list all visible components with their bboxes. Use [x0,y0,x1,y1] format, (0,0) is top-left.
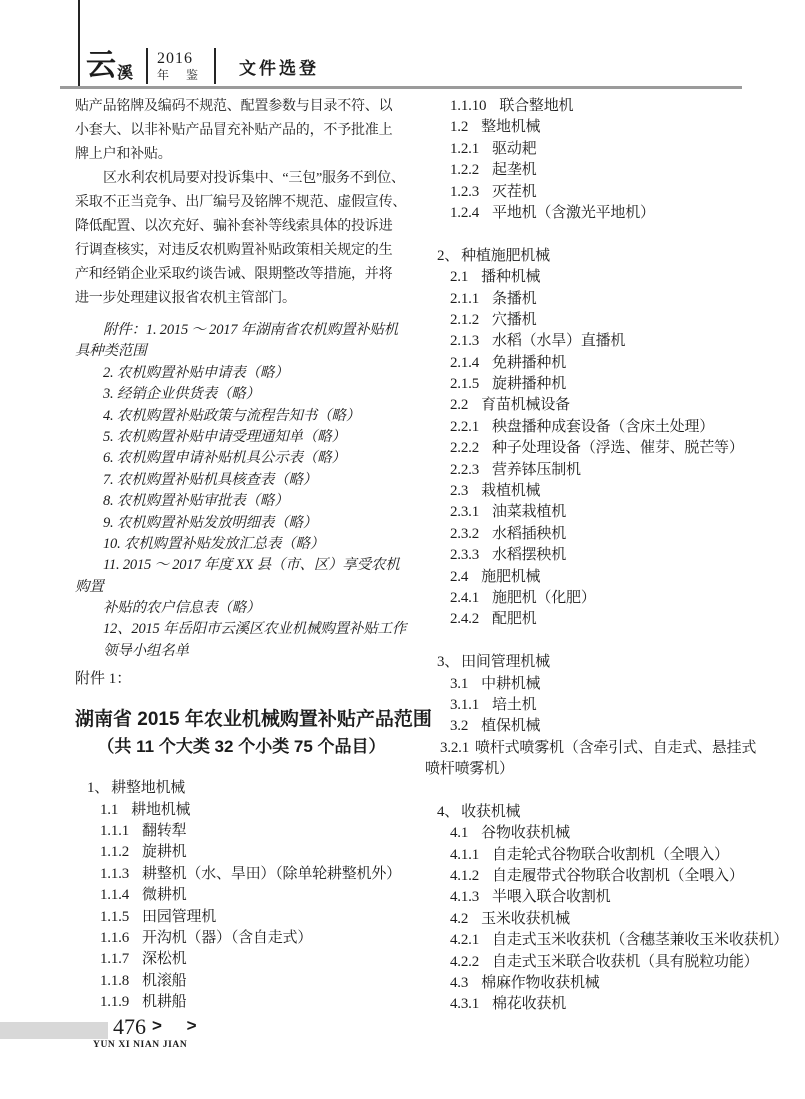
paragraph-line: 区水利农机局要对投诉集中、“三包”服务不到位、 [75,167,408,191]
line-number: 2.1.2 [450,312,479,328]
machinery-line: 1.1.7深松机 [75,949,408,970]
attachment-line: 6. 农机购置申请补贴机具公示表（略） [75,448,408,469]
line-text: 水稻摆秧机 [492,547,566,563]
attachment-line: 8. 农机购置补贴审批表（略） [75,491,408,512]
machinery-line: 2.1播种机械 [425,267,787,288]
blank-line [425,781,787,802]
line-text: 谷物收获机械 [481,825,570,841]
line-text: 12、2015 年岳阳市云溪区农业机械购置补贴工作 [103,621,406,637]
right-column: 1.1.10联合整地机1.2整地机械1.2.1驱动耙1.2.2起垄机1.2.3灭… [425,96,787,1016]
page-number: 476 [113,1014,146,1040]
attachment-line: 附件：1. 2015 ～ 2017 年湖南省农机购置补贴机 [75,320,408,341]
machinery-line: 2.1.1条播机 [425,289,787,310]
yearbook-year: 2016 [157,49,205,68]
machinery-line: 2.2.1秧盘播种成套设备（含床土处理） [425,417,787,438]
line-text: 购置 [75,579,104,595]
machinery-line: 2.2.2种子处理设备（浮选、催芽、脱芒等） [425,438,787,459]
line-text: 3. 经销企业供货表（略） [103,386,260,402]
line-number: 2.4.1 [450,590,479,606]
machinery-line: 1.2.2起垄机 [425,160,787,181]
machinery-line: 2.1.3水稻（水旱）直播机 [425,331,787,352]
machinery-line: 1.1耕地机械 [75,800,408,821]
line-text: 机滚船 [142,973,186,989]
machinery-line: 2.3.3水稻摆秧机 [425,545,787,566]
line-text: 耕整机（水、旱田）（除单轮耕整机外） [142,866,401,882]
line-text: 秧盘播种成套设备（含床土处理） [492,419,714,435]
machinery-line: 2.3.1油菜栽植机 [425,502,787,523]
line-text: 2. 农机购置补贴申请表（略） [103,365,289,381]
machinery-line: 3.2.1喷杆式喷雾机（含牵引式、自走式、悬挂式 [425,738,787,759]
line-number: 3.2 [450,718,468,734]
machinery-line: 1.1.9机耕船 [75,992,408,1013]
appendix-label: 附件 1： [75,669,408,690]
line-number: 1.1 [100,802,118,818]
line-text: 植保机械 [481,718,540,734]
line-text: 田间管理机械 [461,654,550,670]
line-number: 4.2 [450,911,468,927]
machinery-line: 1.2.4平地机（含激光平地机） [425,203,787,224]
line-text: 降低配置、以次充好、骗补套补等线索具体的投诉进 [75,219,392,234]
line-number: 1.2 [450,119,468,135]
line-number: 4.1.1 [450,847,479,863]
line-number: 1.1.4 [100,887,129,903]
line-number: 1.2.4 [450,205,479,221]
line-number: 3.1.1 [450,697,479,713]
machinery-line: 2.1.5旋耕播种机 [425,374,787,395]
machinery-line: 1.1.1翻转犁 [75,821,408,842]
line-number: 1.1.9 [100,994,129,1010]
machinery-line: 2.3.2水稻插秧机 [425,524,787,545]
line-number: 2.2.2 [450,440,479,456]
line-text: 微耕机 [142,887,186,903]
attachment-line: 12、2015 年岳阳市云溪区农业机械购置补贴工作 [75,619,408,640]
line-number: 1.2.2 [450,162,479,178]
page-header: 云 溪 2016 年 鉴 文件选登 [86,46,319,86]
paragraph-line: 采取不正当竞争、出厂编号及铭牌不规范、虚假宣传、 [75,191,408,215]
line-number: 3、 [437,654,459,670]
line-number: 2.3.1 [450,504,479,520]
line-text: 棉麻作物收获机械 [481,975,599,991]
line-number: 3.2.1 [440,740,469,756]
line-text: 配肥机 [492,611,536,627]
machinery-line: 1.1.4微耕机 [75,885,408,906]
line-text: 耕整地机械 [111,780,185,796]
line-number: 1.1.6 [100,930,129,946]
line-text: 栽植机械 [481,483,540,499]
line-text: 喷杆式喷雾机（含牵引式、自走式、悬挂式 [475,740,756,756]
line-text: 营养钵压制机 [492,462,581,478]
line-text: 附件：1. 2015 ～ 2017 年湖南省农机购置补贴机 [103,322,398,338]
line-number: 2.1.4 [450,355,479,371]
line-number: 2.3 [450,483,468,499]
line-text: 旋耕播种机 [492,376,566,392]
line-text: 自走式玉米联合收获机（具有脱粒功能） [492,954,758,970]
line-text: 5. 农机购置补贴申请受理通知单（略） [103,429,346,445]
attachment-line: 9. 农机购置补贴发放明细表（略） [75,513,408,534]
line-text: 喷杆喷雾机） [425,761,514,777]
section-title: 文件选登 [239,54,319,79]
machinery-line: 1.2.1驱动耙 [425,139,787,160]
machinery-line: 1、耕整地机械 [75,778,408,799]
line-text: 区水利农机局要对投诉集中、“三包”服务不到位、 [103,171,405,186]
attachment-list: 附件：1. 2015 ～ 2017 年湖南省农机购置补贴机具种类范围2. 农机购… [75,320,408,662]
machinery-line: 1.1.5田园管理机 [75,907,408,928]
machinery-line: 4.1.2自走履带式谷物联合收割机（全喂入） [425,866,787,887]
line-text: 进一步处理建议报省农机主管部门。 [75,291,296,306]
line-number: 2.1 [450,269,468,285]
line-text: 11. 2015 ～ 2017 年度 XX 县（市、区）享受农机 [103,557,400,573]
machinery-line: 2.1.2穴播机 [425,310,787,331]
machinery-list-left: 1、耕整地机械1.1耕地机械1.1.1翻转犁1.1.2旋耕机1.1.3耕整机（水… [75,778,408,1013]
machinery-line: 2.4.2配肥机 [425,609,787,630]
line-text: 条播机 [492,291,536,307]
machinery-line: 4、收获机械 [425,802,787,823]
line-text: 免耕播种机 [492,355,566,371]
line-text: 播种机械 [481,269,540,285]
line-number: 2.3.3 [450,547,479,563]
line-text: 施肥机（化肥） [492,590,596,606]
line-text: 整地机械 [481,119,540,135]
machinery-line: 3.1.1培土机 [425,695,787,716]
line-number: 1.1.1 [100,823,129,839]
line-text: 半喂入联合收割机 [492,889,610,905]
machinery-line: 4.2.1自走式玉米收获机（含穗茎兼收玉米收获机） [425,930,787,951]
machinery-line: 2.2.3营养钵压制机 [425,460,787,481]
machinery-line: 3.2植保机械 [425,716,787,737]
logo-divider [146,48,148,84]
line-text: 穴播机 [492,312,536,328]
line-number: 1.1.8 [100,973,129,989]
yearbook-logo-char-big: 云 [86,51,115,81]
line-text: 自走式玉米收获机（含穗茎兼收玉米收获机） [492,932,788,948]
line-number: 4.2.2 [450,954,479,970]
attachment-line: 补贴的农户信息表（略） [75,598,408,619]
logo-divider [214,48,216,84]
line-number: 2、 [437,248,459,264]
machinery-line: 2.4施肥机械 [425,567,787,588]
machinery-line: 2.3栽植机械 [425,481,787,502]
line-number: 4、 [437,804,459,820]
line-text: 10. 农机购置补贴发放汇总表（略） [103,536,324,552]
line-text: 灭茬机 [492,184,536,200]
attachment-line: 3. 经销企业供货表（略） [75,384,408,405]
line-text: 9. 农机购置补贴发放明细表（略） [103,515,317,531]
line-number: 2.1.3 [450,333,479,349]
line-text: 培土机 [492,697,536,713]
line-text: 中耕机械 [481,676,540,692]
attachment-line: 10. 农机购置补贴发放汇总表（略） [75,534,408,555]
line-text: 田园管理机 [142,909,216,925]
line-text: 棉花收获机 [492,996,566,1012]
line-number: 4.1.3 [450,889,479,905]
attachment-line: 2. 农机购置补贴申请表（略） [75,363,408,384]
yearbook-logo-year-block: 2016 年 鉴 [157,49,205,83]
line-text: 自走履带式谷物联合收割机（全喂入） [492,868,744,884]
attachment-line: 5. 农机购置补贴申请受理通知单（略） [75,427,408,448]
machinery-line: 1.1.8机滚船 [75,971,408,992]
machinery-list-right: 1.1.10联合整地机1.2整地机械1.2.1驱动耙1.2.2起垄机1.2.3灭… [425,96,787,1016]
machinery-line: 2.1.4免耕播种机 [425,353,787,374]
line-text: 种子处理设备（浮选、催芽、脱芒等） [492,440,744,456]
line-number: 1.1.5 [100,909,129,925]
document-page: 云 溪 2016 年 鉴 文件选登 贴产品铭牌及编码不规范、配置参数与目录不符、… [0,0,805,1099]
machinery-line: 3.1中耕机械 [425,674,787,695]
line-text: 翻转犁 [142,823,186,839]
line-text: 平地机（含激光平地机） [492,205,655,221]
machinery-line: 4.3.1棉花收获机 [425,994,787,1015]
paragraph-line: 产和经销企业采取约谈告诫、限期整改等措施，并将 [75,263,408,287]
body-paragraphs: 贴产品铭牌及编码不规范、配置参数与目录不符、以小套大、以非补贴产品冒充补贴产品的… [75,95,408,311]
machinery-line: 2.2育苗机械设备 [425,395,787,416]
header-rule [60,86,742,89]
line-text: 牌上户和补贴。 [75,147,172,162]
line-text: 水稻插秧机 [492,526,566,542]
line-text: 起垄机 [492,162,536,178]
machinery-line: 4.2.2自走式玉米联合收获机（具有脱粒功能） [425,952,787,973]
line-text: 7. 农机购置补贴机具核查表（略） [103,472,317,488]
line-number: 2.4.2 [450,611,479,627]
line-number: 4.3 [450,975,468,991]
line-number: 2.2.3 [450,462,479,478]
attachment-line: 4. 农机购置补贴政策与流程告知书（略） [75,406,408,427]
page-edge-line [78,0,80,86]
machinery-line: 1.1.3耕整机（水、旱田）（除单轮耕整机外） [75,864,408,885]
line-number: 2.3.2 [450,526,479,542]
line-text: 玉米收获机械 [481,911,570,927]
machinery-line: 3、田间管理机械 [425,652,787,673]
line-number: 1.1.2 [100,844,129,860]
blank-line [425,224,787,245]
attachment-line: 领导小组名单 [75,641,408,662]
line-number: 1.1.7 [100,951,129,967]
line-text: 施肥机械 [481,569,540,585]
line-number: 1.1.3 [100,866,129,882]
line-number: 4.2.1 [450,932,479,948]
attachment-line: 购置 [75,577,408,598]
machinery-line: 4.2玉米收获机械 [425,909,787,930]
paragraph-line: 牌上户和补贴。 [75,143,408,167]
line-text: 种植施肥机械 [461,248,550,264]
line-text: 8. 农机购置补贴审批表（略） [103,493,289,509]
line-number: 4.1 [450,825,468,841]
line-text: 自走轮式谷物联合收割机（全喂入） [492,847,729,863]
line-text: 联合整地机 [499,98,573,114]
paragraph-line: 降低配置、以次充好、骗补套补等线索具体的投诉进 [75,215,408,239]
paragraph-line: 进一步处理建议报省农机主管部门。 [75,287,408,311]
machinery-line: 1.1.6开沟机（器）（含自走式） [75,928,408,949]
attachment-line: 11. 2015 ～ 2017 年度 XX 县（市、区）享受农机 [75,555,408,576]
machinery-line: 4.1.3半喂入联合收割机 [425,887,787,908]
line-text: 水稻（水旱）直播机 [492,333,625,349]
machinery-line: 1.2.3灭茬机 [425,182,787,203]
yearbook-label: 年 鉴 [157,68,205,82]
line-text: 4. 农机购置补贴政策与流程告知书（略） [103,408,360,424]
line-number: 2.2.1 [450,419,479,435]
line-number: 1.2.3 [450,184,479,200]
line-number: 1.1.10 [450,98,486,114]
line-text: 旋耕机 [142,844,186,860]
line-text: 行调查核实，对违反农机购置补贴政策相关规定的生 [75,243,392,258]
machinery-line: 2、种植施肥机械 [425,246,787,267]
machinery-line: 2.4.1施肥机（化肥） [425,588,787,609]
line-text: 贴产品铭牌及编码不规范、配置参数与目录不符、以 [75,99,392,114]
line-number: 2.1.1 [450,291,479,307]
line-number: 1.2.1 [450,141,479,157]
line-number: 2.1.5 [450,376,479,392]
line-text: 开沟机（器）（含自走式） [142,930,312,946]
yearbook-logo-char-small: 溪 [117,60,133,83]
line-text: 产和经销企业采取约谈告诫、限期整改等措施，并将 [75,267,392,282]
line-text: 育苗机械设备 [481,397,570,413]
line-number: 3.1 [450,676,468,692]
line-text: 耕地机械 [131,802,190,818]
line-text: 小套大、以非补贴产品冒充补贴产品的，不予批准上 [75,123,392,138]
line-text: 领导小组名单 [103,643,189,659]
attachment-line: 7. 农机购置补贴机具核查表（略） [75,470,408,491]
line-text: 机耕船 [142,994,186,1010]
pager-chevrons-icon: > > [152,1016,207,1036]
paragraph-line: 贴产品铭牌及编码不规范、配置参数与目录不符、以 [75,95,408,119]
line-number: 4.3.1 [450,996,479,1012]
paragraph-line: 小套大、以非补贴产品冒充补贴产品的，不予批准上 [75,119,408,143]
line-number: 4.1.2 [450,868,479,884]
footer-bar [0,1022,108,1039]
line-text: 深松机 [142,951,186,967]
line-text: 补贴的农户信息表（略） [103,600,260,616]
attachment-line: 具种类范围 [75,341,408,362]
line-number: 1、 [87,780,109,796]
document-title: 湖南省 2015 年农业机械购置补贴产品范围 [75,706,408,734]
machinery-line: 1.1.10联合整地机 [425,96,787,117]
machinery-line: 1.1.2旋耕机 [75,842,408,863]
machinery-line: 1.2整地机械 [425,117,787,138]
line-number: 2.2 [450,397,468,413]
line-text: 油菜栽植机 [492,504,566,520]
line-text: 6. 农机购置申请补贴机具公示表（略） [103,450,346,466]
machinery-line: 喷杆喷雾机） [425,759,787,780]
machinery-line: 4.3棉麻作物收获机械 [425,973,787,994]
footer-caption: YUN XI NIAN JIAN [93,1040,187,1050]
left-column: 贴产品铭牌及编码不规范、配置参数与目录不符、以小套大、以非补贴产品冒充补贴产品的… [75,95,408,1014]
machinery-line: 4.1.1自走轮式谷物联合收割机（全喂入） [425,845,787,866]
line-text: 驱动耙 [492,141,536,157]
line-text: 收获机械 [461,804,520,820]
blank-line [425,631,787,652]
line-number: 2.4 [450,569,468,585]
line-text: 具种类范围 [75,343,147,359]
machinery-line: 4.1谷物收获机械 [425,823,787,844]
paragraph-line: 行调查核实，对违反农机购置补贴政策相关规定的生 [75,239,408,263]
line-text: 采取不正当竞争、出厂编号及铭牌不规范、虚假宣传、 [75,195,406,210]
document-subtitle: （共 11 个大类 32 个小类 75 个品目） [75,734,408,760]
